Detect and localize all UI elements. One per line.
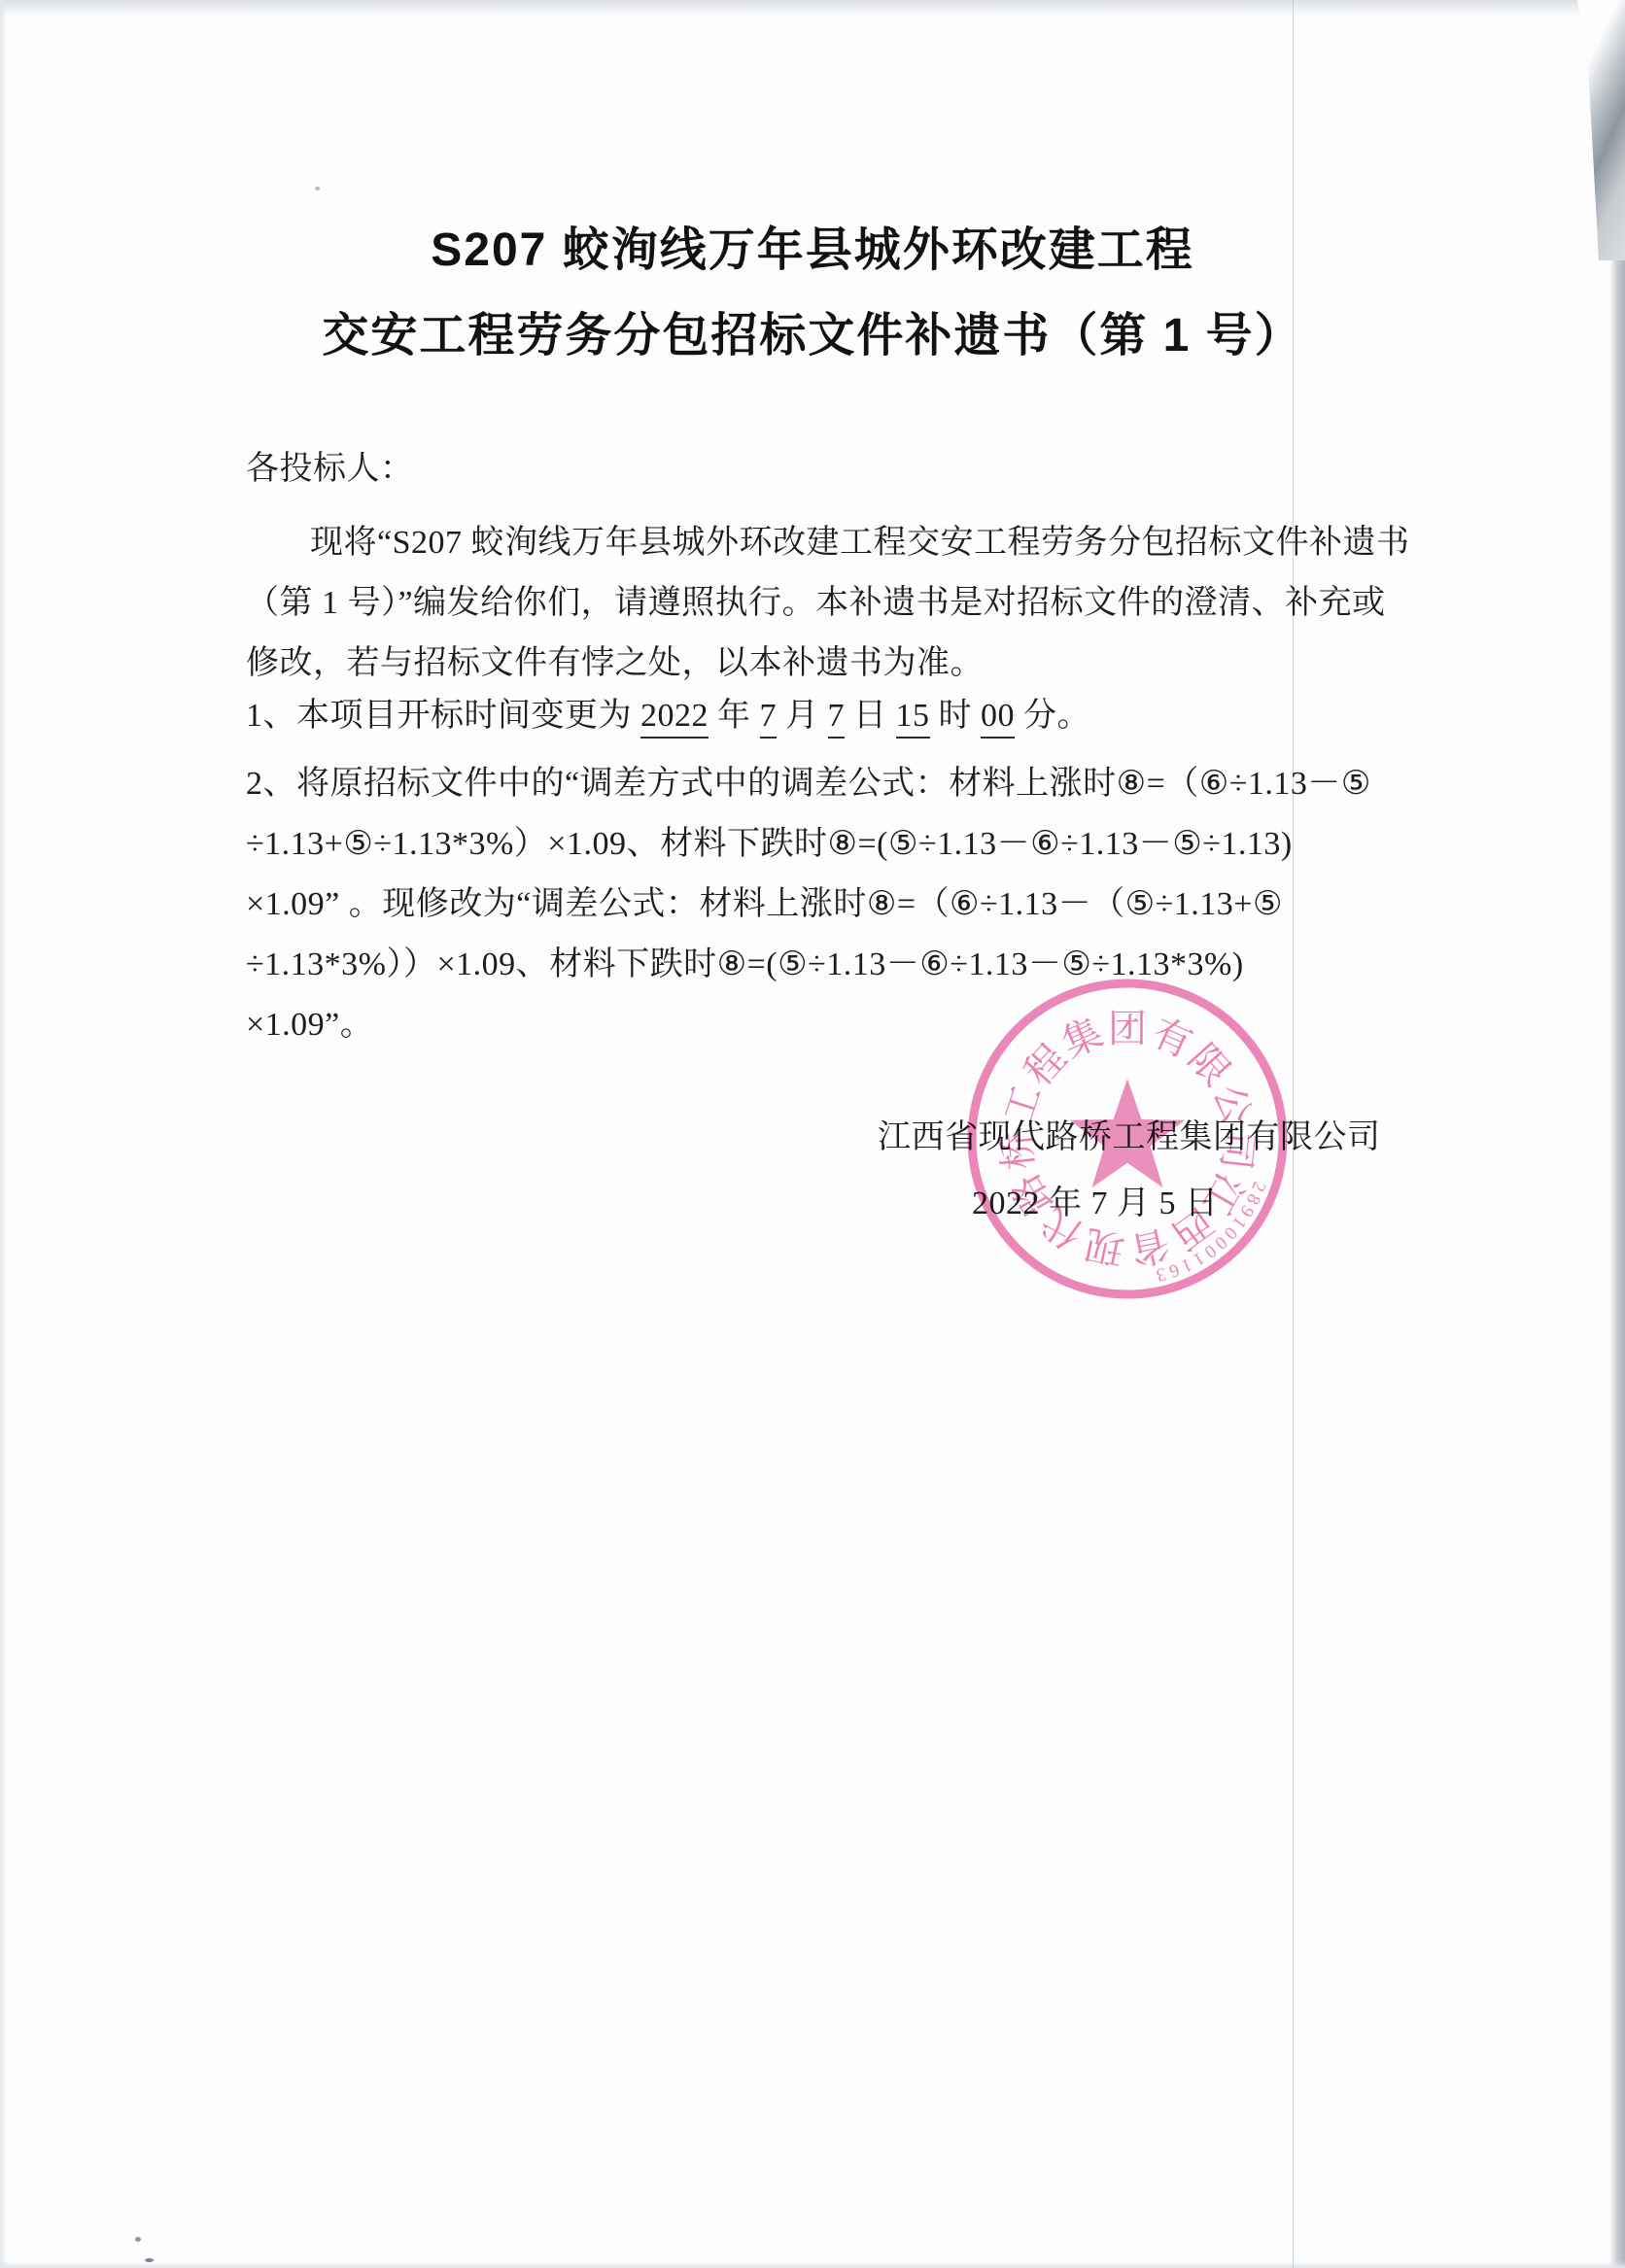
item-1-month: 7 [760, 698, 778, 739]
company-seal-stamp: 江西省现代路桥工程集团有限公司 36110001982 [957, 969, 1297, 1309]
intro-paragraph: 现将“S207 蛟洵线万年县城外环改建工程交安工程劳务分包招标文件补遗书 （第 … [246, 513, 1402, 694]
item-1-minute: 00 [981, 698, 1015, 739]
item-1-text: 分。 [1015, 698, 1090, 734]
intro-line-3: 修改，若与招标文件有悖之处，以本补遗书为准。 [246, 634, 1402, 694]
salutation: 各投标人： [246, 439, 414, 499]
scan-top-edge-shadow [0, 0, 1625, 16]
svg-text:6: 6 [1166, 1259, 1182, 1282]
document-title-line2: 交安工程劳务分包招标文件补遗书（第 1 号） [194, 293, 1431, 379]
item-1-year: 2022 [640, 698, 709, 739]
svg-text:司: 司 [1213, 1129, 1261, 1172]
scanned-document-page: S207 蛟洵线万年县城外环改建工程 交安工程劳务分包招标文件补遗书（第 1 号… [0, 0, 1625, 2268]
seal-graphics: 江西省现代路桥工程集团有限公司 36110001982 [972, 983, 1283, 1294]
svg-text:现: 现 [1081, 1221, 1127, 1272]
document-title-line1: S207 蛟洵线万年县城外环改建工程 [194, 208, 1431, 293]
scan-speck [135, 2237, 141, 2242]
item-2-line-3: ×1.09” 。现修改为“调差公式：材料上涨时⑧=（⑥÷1.13－（⑤÷1.13… [246, 875, 1422, 935]
document-title: S207 蛟洵线万年县城外环改建工程 交安工程劳务分包招标文件补遗书（第 1 号… [194, 208, 1431, 379]
item-1-text: 月 [777, 698, 828, 734]
scan-bottom-edge-shadow [0, 2260, 1625, 2268]
svg-text:团: 团 [1108, 1007, 1147, 1050]
svg-text:省: 省 [1126, 1221, 1173, 1272]
item-1-text: 年 [709, 698, 760, 734]
scan-folded-corner [1567, 0, 1625, 260]
svg-text:桥: 桥 [994, 1129, 1042, 1172]
item-1-text: 时 [930, 698, 982, 734]
scan-speck [315, 187, 320, 190]
item-2-line-2: ÷1.13+⑤÷1.13*3%）×1.09、材料下跌时⑧=(⑤÷1.13－⑥÷1… [246, 814, 1422, 875]
item-1-hour: 15 [896, 698, 930, 739]
item-2-line-1: 2、将原招标文件中的“调差方式中的调差公式：材料上涨时⑧=（⑥÷1.13－⑤ [246, 754, 1422, 814]
seal-star-icon [1070, 1079, 1185, 1187]
item-1-text: 日 [845, 698, 896, 734]
scan-left-edge-shadow [0, 0, 7, 2268]
item-1-day: 7 [828, 698, 846, 739]
item-1-bid-opening-time: 1、本项目开标时间变更为 2022 年 7 月 7 日 15 时 00 分。 [246, 686, 1090, 746]
intro-line-1: 现将“S207 蛟洵线万年县城外环改建工程交安工程劳务分包招标文件补遗书 [246, 513, 1402, 573]
item-1-text: 1、本项目开标时间变更为 [246, 698, 640, 734]
intro-line-2: （第 1 号）”编发给你们，请遵照执行。本补遗书是对招标文件的澄清、补充或 [246, 573, 1402, 634]
scan-speck [145, 2258, 154, 2262]
scan-right-edge-shadow [1609, 243, 1625, 2268]
